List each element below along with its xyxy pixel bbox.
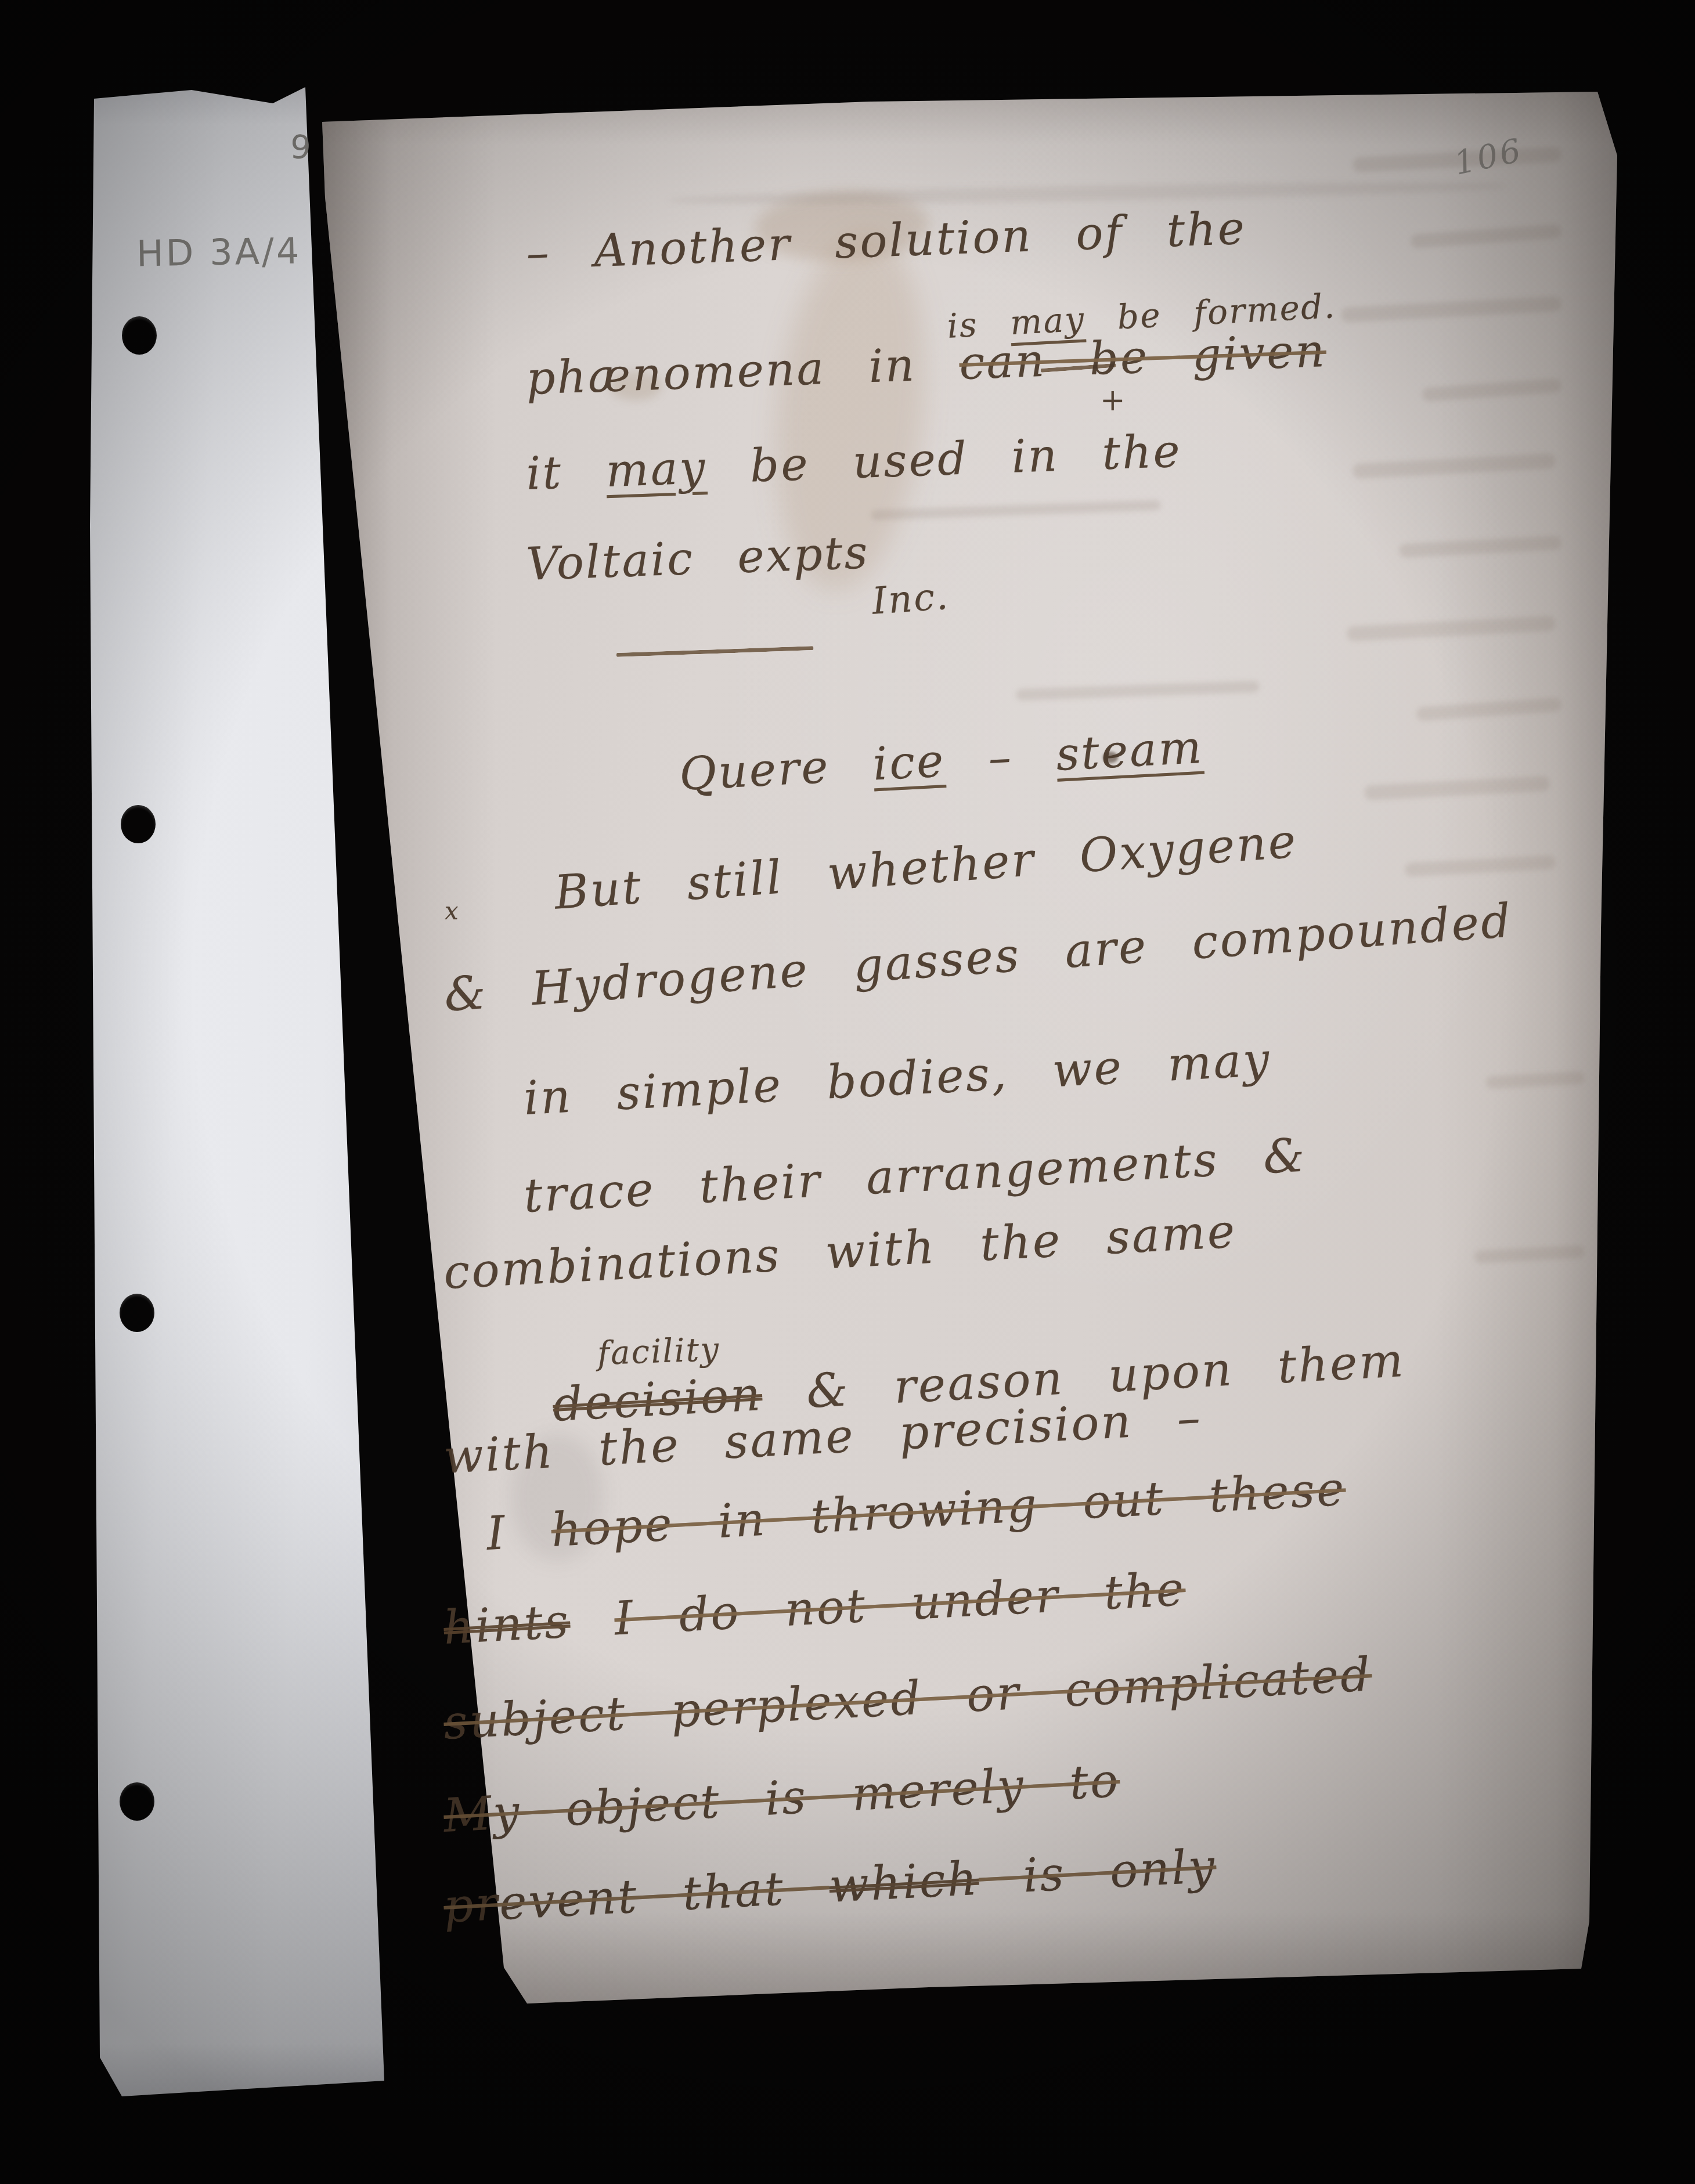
word-segment: facility [597,1331,720,1373]
word-segment: x [445,897,459,925]
word-segment: which [828,1851,980,1913]
word-segment: – [944,729,1058,787]
handwritten-line: Inc. [871,575,951,623]
word-segment: hints [442,1594,571,1655]
word-segment: ice [872,735,947,790]
sheet-number-pencil: 9 [289,128,314,167]
shelfmark-pencil: HD 3A/4 [136,230,301,275]
word-segment: I [485,1503,553,1561]
word-segment [569,1592,616,1648]
word-segment: Quere [678,739,874,801]
punch-hole [121,805,156,843]
handwritten-line: x [445,897,459,925]
punch-hole [120,1294,154,1332]
word-segment: Inc. [871,575,951,623]
word-segment: it [525,445,607,500]
punch-hole [122,316,157,355]
ink-stroke [616,646,814,657]
punch-hole [120,1782,154,1821]
handwritten-line [615,619,814,678]
word-segment: may [605,442,708,497]
handwritten-line: + [1100,383,1127,418]
handwritten-line: facility [597,1331,720,1373]
word-segment: steam [1055,721,1204,781]
word-segment: + [1100,383,1127,418]
manuscript-photo: 106 9 HD 3A/4 – Another solution of thei… [0,0,1695,2184]
